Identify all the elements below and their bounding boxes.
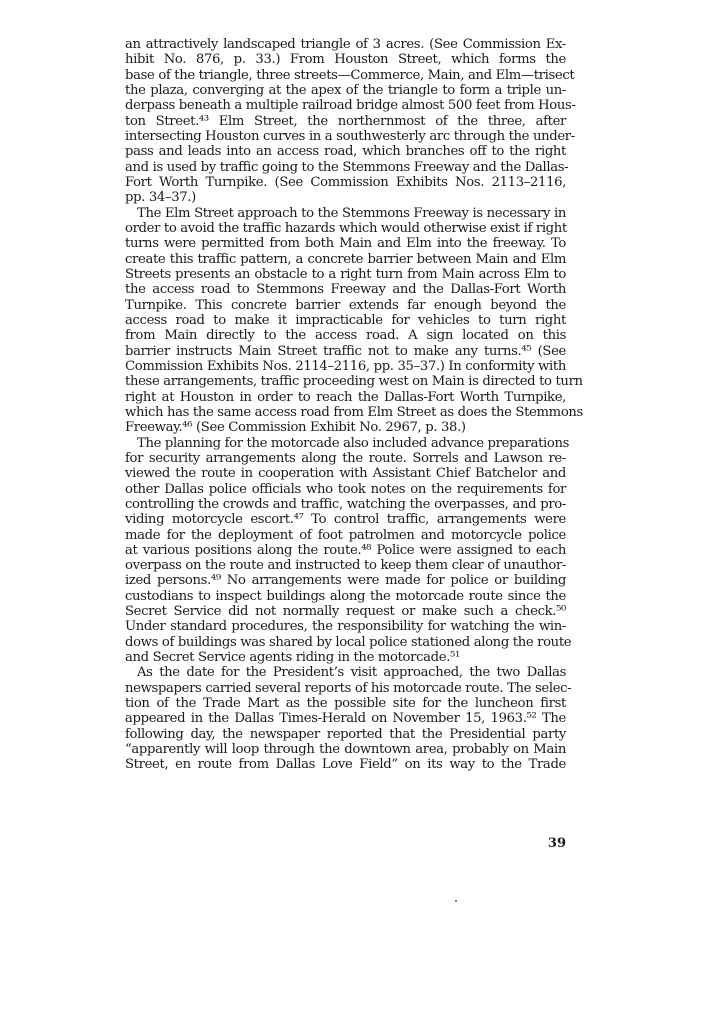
text-line: derpass beneath a multiple railroad brid… <box>125 98 566 113</box>
text-line: access road to make it impracticable for… <box>125 313 566 328</box>
text-line: an attractively landscaped triangle of 3… <box>125 37 566 52</box>
paragraph: As the date for the President’s visit ap… <box>125 665 566 772</box>
body-text: an attractively landscaped triangle of 3… <box>125 37 566 773</box>
text-line: newspapers carried several reports of hi… <box>125 681 566 696</box>
text-line: “apparently will loop through the downto… <box>125 742 566 757</box>
text-line: Under standard procedures, the responsib… <box>125 619 566 634</box>
text-line: ized persons.⁴⁹ No arrangements were mad… <box>125 573 566 588</box>
text-line: overpass on the route and instructed to … <box>125 558 566 573</box>
text-line: dows of buildings was shared by local po… <box>125 635 566 650</box>
text-line: turns were permitted from both Main and … <box>125 236 566 251</box>
text-line: Street, en route from Dallas Love Field”… <box>125 757 566 772</box>
text-line: Turnpike. This concrete barrier extends … <box>125 298 566 313</box>
text-line: pp. 34–37.) <box>125 190 566 205</box>
paragraph: The planning for the motorcade also incl… <box>125 436 566 666</box>
text-line: and is used by traffic going to the Stem… <box>125 160 566 175</box>
text-line: the plaza, converging at the apex of the… <box>125 83 566 98</box>
text-line: Secret Service did not normally request … <box>125 604 566 619</box>
text-line: made for the deployment of foot patrolme… <box>125 528 566 543</box>
text-line: As the date for the President’s visit ap… <box>125 665 566 680</box>
text-line: Fort Worth Turnpike. (See Commission Exh… <box>125 175 566 190</box>
text-line: tion of the Trade Mart as the possible s… <box>125 696 566 711</box>
text-line: pass and leads into an access road, whic… <box>125 144 566 159</box>
text-line: Freeway.⁴⁶ (See Commission Exhibit No. 2… <box>125 420 566 435</box>
text-line: custodians to inspect buildings along th… <box>125 589 566 604</box>
document-page: an attractively landscaped triangle of 3… <box>0 0 714 1010</box>
paragraph: The Elm Street approach to the Stemmons … <box>125 206 566 436</box>
paragraph: an attractively landscaped triangle of 3… <box>125 37 566 206</box>
text-line: create this traffic pattern, a concrete … <box>125 252 566 267</box>
text-line: from Main directly to the access road. A… <box>125 328 566 343</box>
text-line: Commission Exhibits Nos. 2114–2116, pp. … <box>125 359 566 374</box>
text-line: right at Houston in order to reach the D… <box>125 390 566 405</box>
text-line: viewed the route in cooperation with Ass… <box>125 466 566 481</box>
text-line: appeared in the Dallas Times-Herald on N… <box>125 711 566 726</box>
text-line: viding motorcycle escort.⁴⁷ To control t… <box>125 512 566 527</box>
text-line: which has the same access road from Elm … <box>125 405 566 420</box>
text-line: The Elm Street approach to the Stemmons … <box>125 206 566 221</box>
text-line: at various positions along the route.⁴⁸ … <box>125 543 566 558</box>
text-line: Streets presents an obstacle to a right … <box>125 267 566 282</box>
text-line: base of the triangle, three streets—Comm… <box>125 68 566 83</box>
scan-speck <box>455 900 457 902</box>
text-line: these arrangements, traffic proceeding w… <box>125 374 566 389</box>
text-line: order to avoid the traffic hazards which… <box>125 221 566 236</box>
text-line: other Dallas police officials who took n… <box>125 482 566 497</box>
text-line: following day, the newspaper reported th… <box>125 727 566 742</box>
text-line: for security arrangements along the rout… <box>125 451 566 466</box>
page-number: 39 <box>541 836 566 851</box>
text-line: hibit No. 876, p. 33.) From Houston Stre… <box>125 52 566 67</box>
text-line: intersecting Houston curves in a southwe… <box>125 129 566 144</box>
text-line: The planning for the motorcade also incl… <box>125 436 566 451</box>
text-line: ton Street.⁴³ Elm Street, the northernmo… <box>125 114 566 129</box>
text-line: controlling the crowds and traffic, watc… <box>125 497 566 512</box>
text-line: the access road to Stemmons Freeway and … <box>125 282 566 297</box>
text-line: barrier instructs Main Street traffic no… <box>125 344 566 359</box>
text-line: and Secret Service agents riding in the … <box>125 650 566 665</box>
